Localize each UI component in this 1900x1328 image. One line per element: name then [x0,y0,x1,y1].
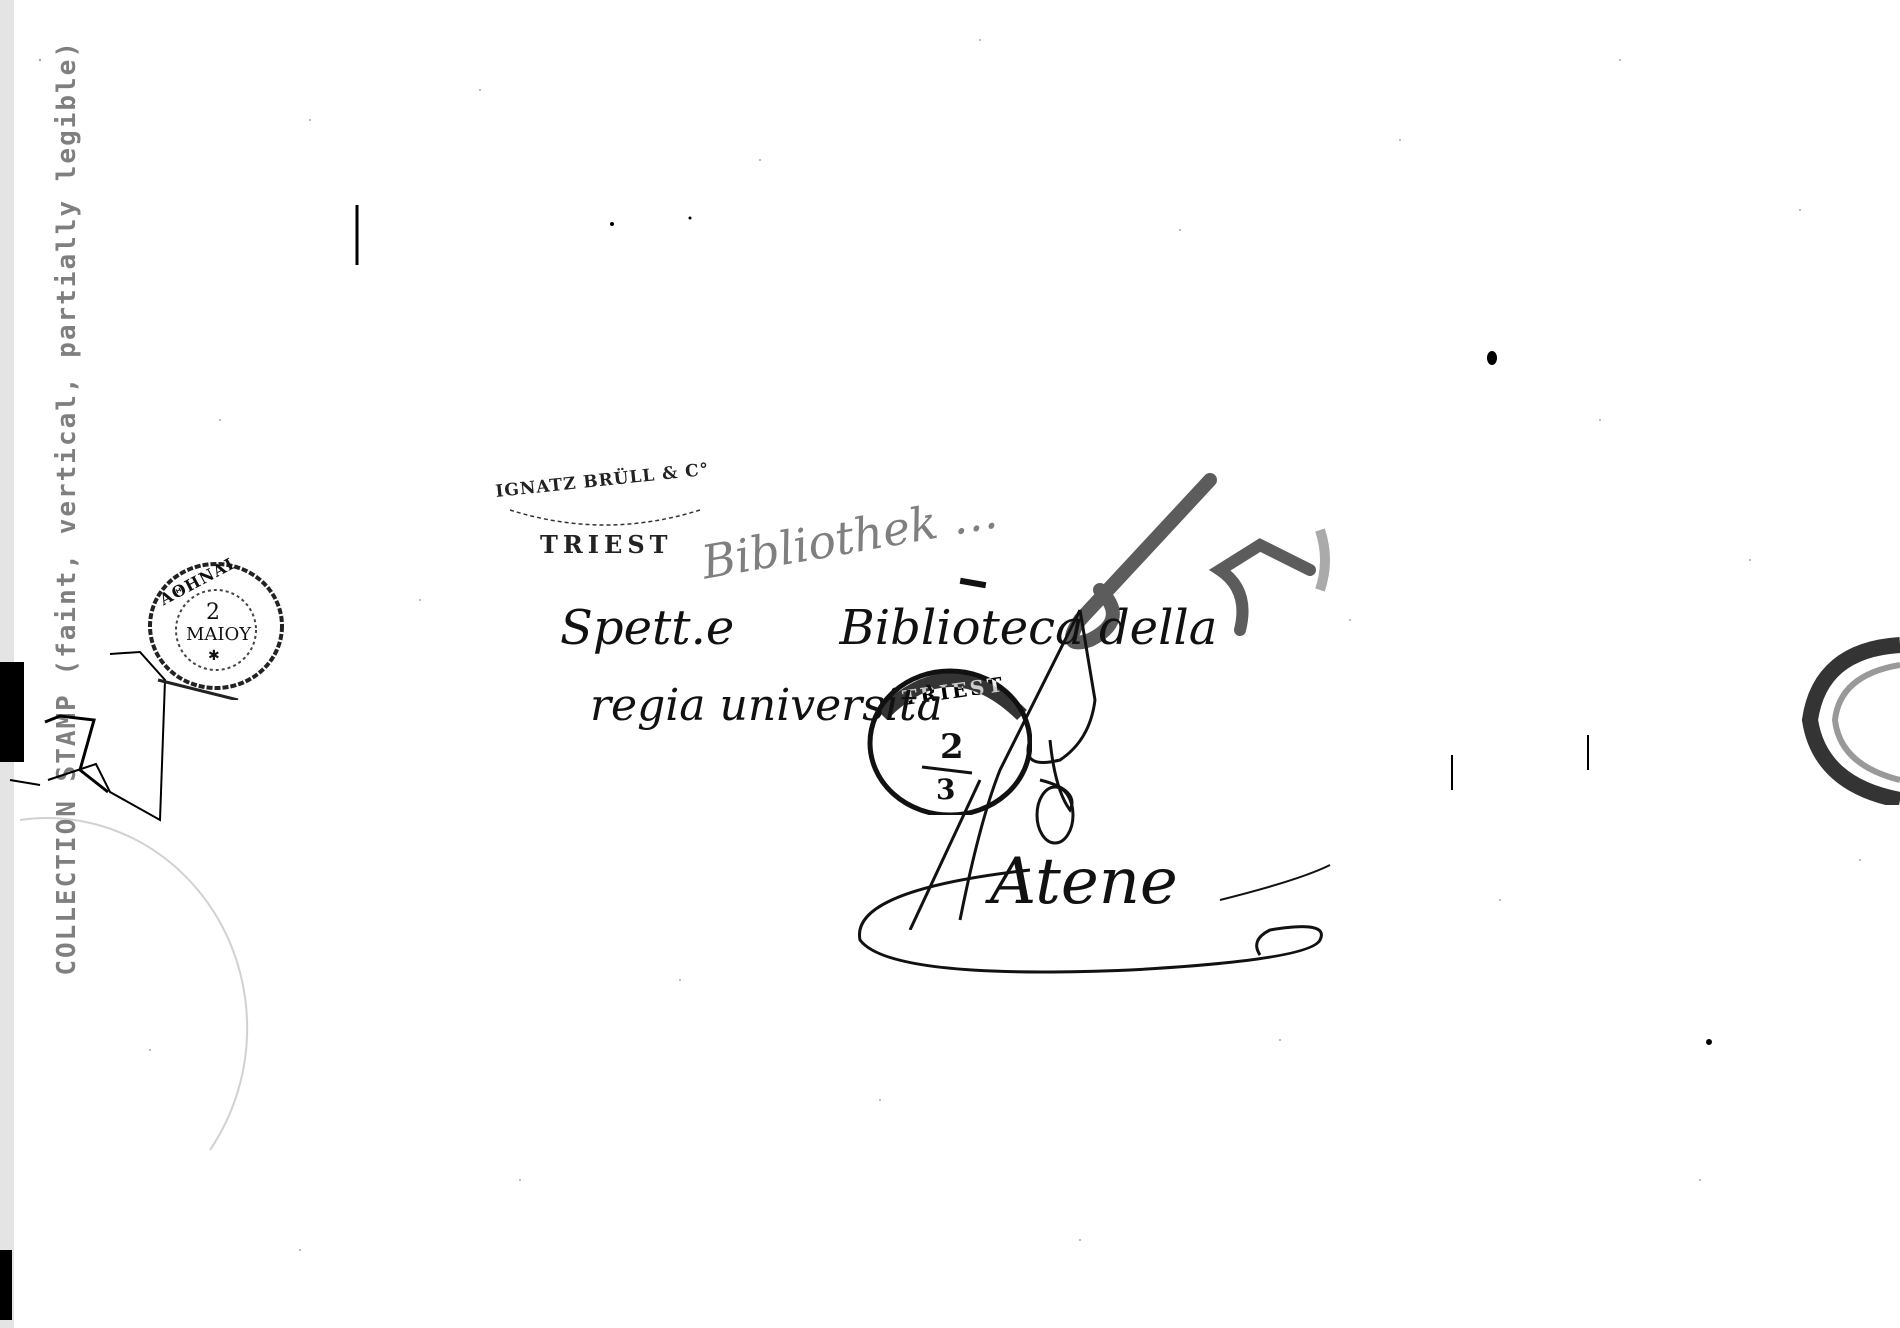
athens-postmark-month: ΜΑΙΟΥ [186,624,251,645]
athens-postmark-day: 2 [206,600,220,625]
address-city: Atene [990,845,1178,919]
address-salutation: Spett.e [560,600,734,656]
athens-postmark-ornament: ✱ [208,648,220,664]
envelope-scan: COLLECTION STAMP (faint, vertical, parti… [0,0,1900,1328]
sender-stamp-city: TRIEST [540,530,673,559]
athens-postmark: ΑΘΗΝΑΙ 2 ΜΑΙΟΥ ✱ [138,560,288,700]
right-edge-postmark-fragment [1800,635,1900,805]
left-black-bar-lower [0,1250,12,1320]
